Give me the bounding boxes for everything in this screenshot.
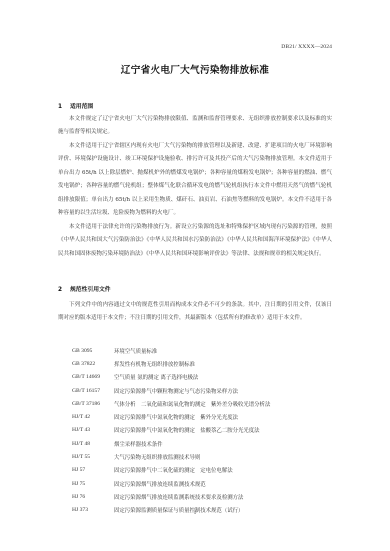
section-heading-normative-references: 2规范性引用文件 — [58, 284, 111, 293]
reference-title: 固定污染源烟气排放连续监测系统技术要求及检测方法 — [114, 493, 342, 501]
reference-title: 固定污染源排气中二氧化硫的测定 定电位电解法 — [114, 466, 342, 474]
reference-title: 固定污染源排气中氮氧化物的测定 盐酸萘乙二胺分光光度法 — [114, 426, 342, 434]
reference-code: GB/T 16157 — [72, 388, 114, 394]
paragraph: 下列文件中的内容通过文中的规范性引用而构成本文件必不可少的条款。其中，注日期的引… — [58, 299, 332, 326]
section-title: 适用范围 — [70, 104, 93, 110]
paragraph: 本文件适用于法律允许的污染物排放行为。新设立污染源的选址和特殊保护区域内现有污染… — [58, 221, 332, 261]
reference-title: 大气污染物无组织排放监测技术导则 — [114, 453, 342, 461]
reference-item: HJ 57固定污染源排气中二氧化硫的测定 定电位电解法 — [72, 464, 342, 477]
reference-list: GB 3095环境空气质量标准 GB 37822挥发性有机物无组织排放控制标准 … — [72, 344, 342, 517]
document-code: DB21/ XXXX—2024 — [281, 44, 332, 50]
reference-title: 固定污染源排气中氮氧化物的测定 紫外分光光度法 — [114, 413, 342, 421]
paragraph: 本文件规定了辽宁省火电厂大气污染物排放限值、监测和监督管理要求、无组织排放控制要… — [58, 113, 332, 140]
reference-code: HJ 75 — [72, 481, 114, 487]
reference-code: GB/T 14669 — [72, 374, 114, 380]
reference-item: HJ/T 42固定污染源排气中氮氧化物的测定 紫外分光光度法 — [72, 410, 342, 423]
reference-code: GB/T 37186 — [72, 401, 114, 407]
section-number: 1 — [58, 104, 70, 110]
reference-code: HJ/T 55 — [72, 454, 114, 460]
reference-item: GB/T 37186气体分析 二氧化硫和氮氧化物的测定 紫外差分吸收光谱分析法 — [72, 397, 342, 410]
reference-title: 固定污染源排气中颗粒物测定与气态污染物采样方法 — [114, 387, 342, 395]
reference-code: GB 37822 — [72, 361, 114, 367]
reference-item: HJ/T 55大气污染物无组织排放监测技术导则 — [72, 450, 342, 463]
reference-item: GB/T 16157固定污染源排气中颗粒物测定与气态污染物采样方法 — [72, 384, 342, 397]
reference-code: HJ 76 — [72, 494, 114, 500]
reference-item: HJ/T 48烟尘采样器技术条件 — [72, 437, 342, 450]
reference-item: GB 37822挥发性有机物无组织排放控制标准 — [72, 357, 342, 370]
paragraph: 本文件适用于辽宁省辖区内现有火电厂大气污染物的排放管理以及新建、改建、扩建项目的… — [58, 140, 332, 220]
reference-code: HJ/T 48 — [72, 441, 114, 447]
reference-code: GB 3095 — [72, 348, 114, 354]
reference-title: 固定污染源烟气排放连续监测技术规范 — [114, 480, 342, 488]
document-page: DB21/ XXXX—2024 辽宁省火电厂大气污染物排放标准 1适用范围 本文… — [0, 0, 390, 551]
reference-item: HJ 75固定污染源烟气排放连续监测技术规范 — [72, 477, 342, 490]
section-title: 规范性引用文件 — [70, 287, 111, 293]
reference-code: HJ 57 — [72, 467, 114, 473]
reference-code: HJ/T 42 — [72, 414, 114, 420]
reference-title: 空气质量 氨的测定 离子选择电极法 — [114, 373, 342, 381]
reference-item: HJ/T 43固定污染源排气中氮氧化物的测定 盐酸萘乙二胺分光光度法 — [72, 424, 342, 437]
reference-title: 烟尘采样器技术条件 — [114, 440, 342, 448]
section-number: 2 — [58, 287, 70, 293]
reference-title: 挥发性有机物无组织排放控制标准 — [114, 360, 342, 368]
reference-item: GB/T 14669空气质量 氨的测定 离子选择电极法 — [72, 371, 342, 384]
section-heading-scope: 1适用范围 — [58, 101, 93, 110]
document-title: 辽宁省火电厂大气污染物排放标准 — [0, 62, 390, 76]
reference-item: HJ 76固定污染源烟气排放连续监测系统技术要求及检测方法 — [72, 490, 342, 503]
page-number: 1 — [0, 510, 390, 516]
reference-item: GB 3095环境空气质量标准 — [72, 344, 342, 357]
reference-title: 气体分析 二氧化硫和氮氧化物的测定 紫外差分吸收光谱分析法 — [114, 400, 342, 408]
reference-title: 环境空气质量标准 — [114, 347, 342, 355]
reference-code: HJ/T 43 — [72, 427, 114, 433]
